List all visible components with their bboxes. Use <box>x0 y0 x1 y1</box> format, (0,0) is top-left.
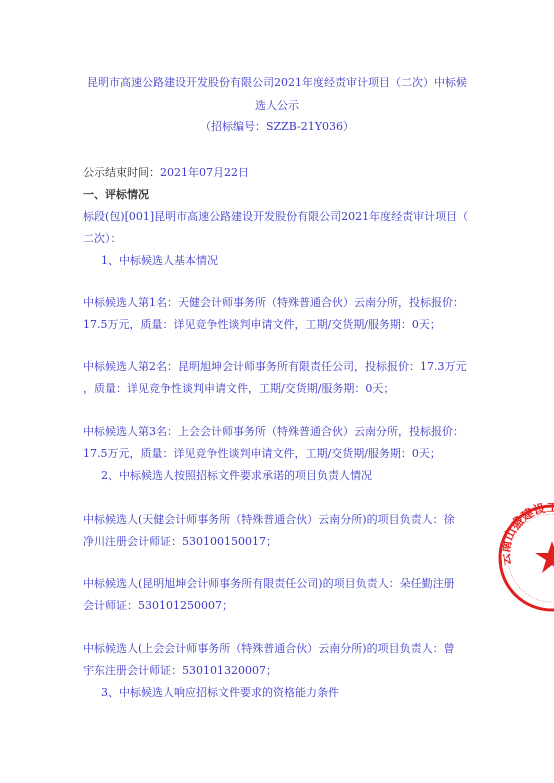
candidate-1-line1: 中标候选人第1名：天健会计师事务所（特殊普通合伙）云南分所，投标报价： <box>83 296 464 310</box>
end-date-row: 公示结束时间：2021年07月22日 <box>83 166 249 180</box>
section-heading-evaluation: 一、评标情况 <box>83 188 149 202</box>
end-date-label: 公示结束时间： <box>83 166 160 179</box>
subheading-project-leaders: 2、中标候选人按照招标文件要求承诺的项目负责人情况 <box>101 469 372 483</box>
lot-line2: 二次）： <box>83 232 122 246</box>
leader-2-line2: 会计师证：530101250007； <box>83 599 233 613</box>
end-date-value: 2021年07月22日 <box>160 166 249 179</box>
candidate-2-line1: 中标候选人第2名：昆明旭坤会计师事务所有限责任公司，投标报价：17.3万元 <box>83 360 467 374</box>
candidate-2-line2: ，质量：详见竞争性谈判申请文件，工期/交货期/服务期：0天； <box>83 382 394 396</box>
leader-1-line1: 中标候选人(天健会计师事务所（特殊普通合伙）云南分所)的项目负责人：徐 <box>83 513 455 527</box>
official-seal-icon: 云南山盛建设工程 <box>497 503 554 613</box>
tender-number: （招标编号：SZZB-21Y036） <box>0 120 554 134</box>
document-title-line1: 昆明市高速公路建设开发股份有限公司2021年度经责审计项目（二次）中标候 <box>0 76 554 90</box>
leader-2-line1: 中标候选人(昆明旭坤会计师事务所有限责任公司)的项目负责人：朵任勤注册 <box>83 577 455 591</box>
document-page: 昆明市高速公路建设开发股份有限公司2021年度经责审计项目（二次）中标候 选人公… <box>0 0 554 783</box>
candidate-3-line2: 17.5万元，质量：详见竞争性谈判申请文件，工期/交货期/服务期：0天； <box>83 447 441 461</box>
leader-3-line2: 宇东注册会计师证：530101320007； <box>83 664 277 678</box>
candidate-1-line2: 17.5万元，质量：详见竞争性谈判申请文件，工期/交货期/服务期：0天； <box>83 318 441 332</box>
leader-3-line1: 中标候选人(上会会计师事务所（特殊普通合伙）云南分所)的项目负责人：曾 <box>83 642 455 656</box>
lot-line1: 标段(包)[001]昆明市高速公路建设开发股份有限公司2021年度经责审计项目（ <box>83 210 468 224</box>
document-title-line2: 选人公示 <box>0 99 554 113</box>
leader-1-line2: 净川注册会计师证：530100150017； <box>83 535 277 549</box>
subheading-qualifications: 3、中标候选人响应招标文件要求的资格能力条件 <box>101 686 339 700</box>
subheading-candidate-basics: 1、中标候选人基本情况 <box>101 254 218 268</box>
candidate-3-line1: 中标候选人第3名：上会会计师事务所（特殊普通合伙）云南分所，投标报价： <box>83 425 464 439</box>
